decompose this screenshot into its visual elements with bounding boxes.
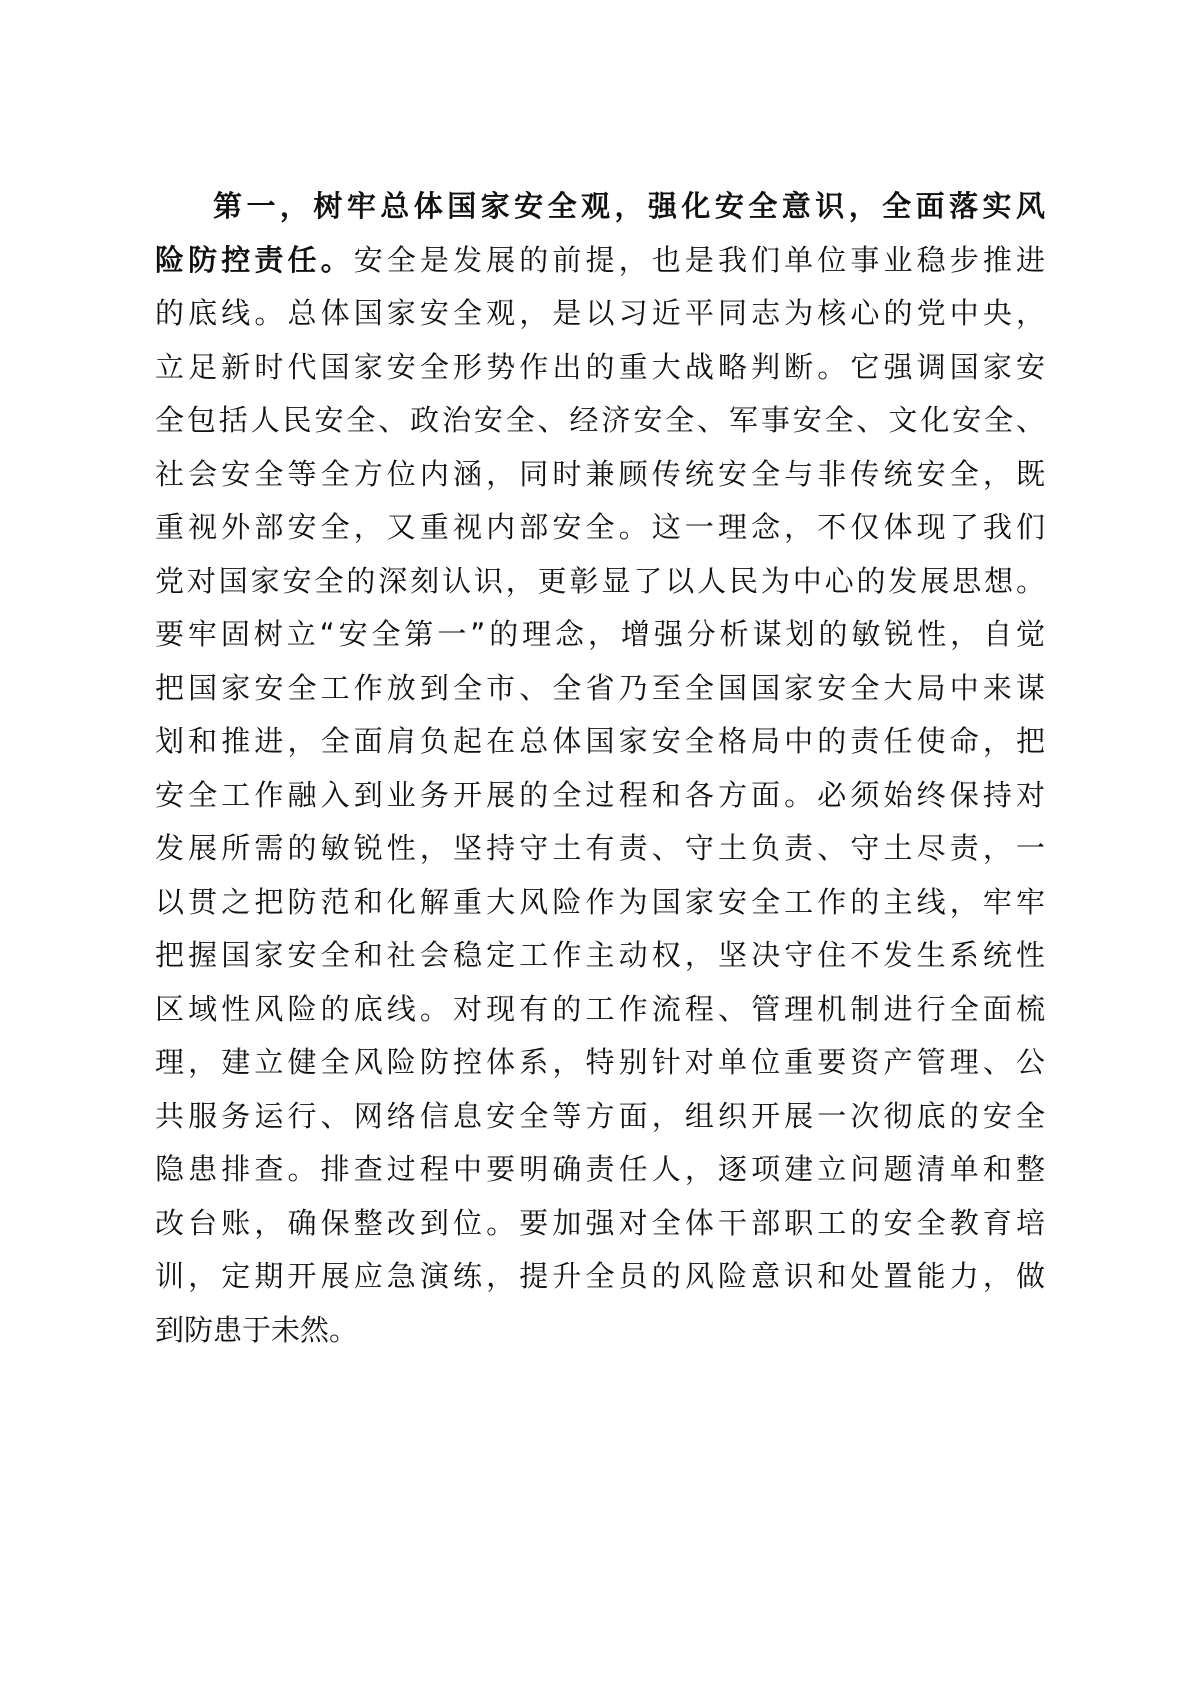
text-line: 的底线。总体国家安全观，是以习近平同志为核心的党中央，: [155, 287, 1045, 341]
heading-text: 险防控责任。: [155, 243, 354, 277]
body-text: 安全是发展的前提，也是我们单位事业稳步推进: [354, 243, 1045, 277]
body-text: 区域性风险的底线。对现有的工作流程、管理机制进行全面梳: [155, 992, 1045, 1026]
text-line: 到防患于未然。: [155, 1304, 1045, 1358]
body-text: 改台账，确保整改到位。要加强对全体干部职工的安全教育培: [155, 1206, 1045, 1240]
body-text: 立足新时代国家安全形势作出的重大战略判断。它强调国家安: [155, 350, 1045, 384]
body-text: 训，定期开展应急演练，提升全员的风险意识和处置能力，做: [155, 1259, 1045, 1293]
body-text: 重视外部安全，又重视内部安全。这一理念，不仅体现了我们: [155, 510, 1045, 544]
text-line: 重视外部安全，又重视内部安全。这一理念，不仅体现了我们: [155, 501, 1045, 555]
body-text: 的底线。总体国家安全观，是以习近平同志为核心的党中央，: [155, 296, 1045, 330]
body-text: 党对国家安全的深刻认识，更彰显了以人民为中心的发展思想。: [155, 564, 1045, 598]
body-text: 把国家安全工作放到全市、全省乃至全国国家安全大局中来谋: [155, 671, 1045, 705]
text-line: 共服务运行、网络信息安全等方面，组织开展一次彻底的安全: [155, 1090, 1045, 1144]
body-text: 共服务运行、网络信息安全等方面，组织开展一次彻底的安全: [155, 1099, 1045, 1133]
text-line: 全包括人民安全、政治安全、经济安全、军事安全、文化安全、: [155, 394, 1045, 448]
text-line: 第一，树牢总体国家安全观，强化安全意识，全面落实风: [155, 180, 1045, 234]
text-line: 把国家安全工作放到全市、全省乃至全国国家安全大局中来谋: [155, 662, 1045, 716]
body-text: 全包括人民安全、政治安全、经济安全、军事安全、文化安全、: [155, 403, 1045, 437]
text-line: 理，建立健全风险防控体系，特别针对单位重要资产管理、公: [155, 1036, 1045, 1090]
text-line: 党对国家安全的深刻认识，更彰显了以人民为中心的发展思想。: [155, 555, 1045, 609]
body-text: 到防患于未然。: [155, 1313, 358, 1347]
body-text: 要牢固树立“安全第一”的理念，增强分析谋划的敏锐性，自觉: [155, 617, 1045, 651]
text-line: 隐患排查。排查过程中要明确责任人，逐项建立问题清单和整: [155, 1143, 1045, 1197]
text-line: 以贯之把防范和化解重大风险作为国家安全工作的主线，牢牢: [155, 876, 1045, 930]
body-text: 以贯之把防范和化解重大风险作为国家安全工作的主线，牢牢: [155, 885, 1045, 919]
body-text: 划和推进，全面肩负起在总体国家安全格局中的责任使命，把: [155, 724, 1045, 758]
text-line: 改台账，确保整改到位。要加强对全体干部职工的安全教育培: [155, 1197, 1045, 1251]
text-line: 社会安全等全方位内涵，同时兼顾传统安全与非传统安全，既: [155, 448, 1045, 502]
body-text: 把握国家安全和社会稳定工作主动权，坚决守住不发生系统性: [155, 938, 1045, 972]
text-line: 划和推进，全面肩负起在总体国家安全格局中的责任使命，把: [155, 715, 1045, 769]
text-line: 把握国家安全和社会稳定工作主动权，坚决守住不发生系统性: [155, 929, 1045, 983]
body-text: 安全工作融入到业务开展的全过程和各方面。必须始终保持对: [155, 778, 1045, 812]
body-text: 社会安全等全方位内涵，同时兼顾传统安全与非传统安全，既: [155, 457, 1045, 491]
text-line: 立足新时代国家安全形势作出的重大战略判断。它强调国家安: [155, 341, 1045, 395]
body-text: 理，建立健全风险防控体系，特别针对单位重要资产管理、公: [155, 1045, 1045, 1079]
text-line: 要牢固树立“安全第一”的理念，增强分析谋划的敏锐性，自觉: [155, 608, 1045, 662]
text-line: 训，定期开展应急演练，提升全员的风险意识和处置能力，做: [155, 1250, 1045, 1304]
body-text: 隐患排查。排查过程中要明确责任人，逐项建立问题清单和整: [155, 1152, 1045, 1186]
body-text: 发展所需的敏锐性，坚持守土有责、守土负责、守土尽责，一: [155, 831, 1045, 865]
text-line: 发展所需的敏锐性，坚持守土有责、守土负责、守土尽责，一: [155, 822, 1045, 876]
paragraph-1: 第一，树牢总体国家安全观，强化安全意识，全面落实风 险防控责任。安全是发展的前提…: [155, 180, 1045, 1357]
text-line: 安全工作融入到业务开展的全过程和各方面。必须始终保持对: [155, 769, 1045, 823]
text-line: 险防控责任。安全是发展的前提，也是我们单位事业稳步推进: [155, 234, 1045, 288]
text-line: 区域性风险的底线。对现有的工作流程、管理机制进行全面梳: [155, 983, 1045, 1037]
heading-text: 第一，树牢总体国家安全观，强化安全意识，全面落实风: [213, 189, 1045, 223]
document-page: 第一，树牢总体国家安全观，强化安全意识，全面落实风 险防控责任。安全是发展的前提…: [0, 0, 1190, 1683]
